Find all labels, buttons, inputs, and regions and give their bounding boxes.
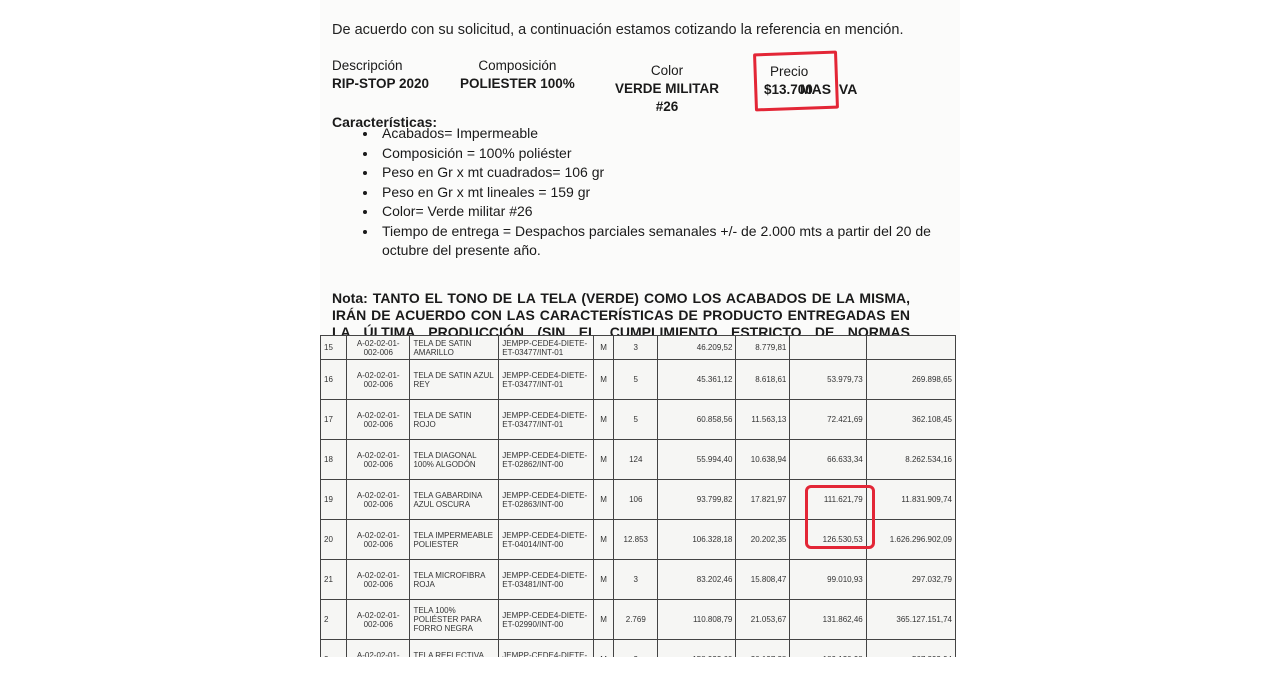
cell-c1: 83.202,46 [658, 560, 736, 600]
cell-qty: 2.769 [614, 600, 658, 640]
cell-c2: 30.197,38 [736, 640, 790, 658]
cell-desc: TELA DE SATIN AMARILLO [410, 336, 499, 360]
cell-ref: JEMPP-CEDE4-DIETE-ET-02863/INT-00 [499, 480, 594, 520]
cell-c1: 93.799,82 [658, 480, 736, 520]
cell-c2: 17.821,97 [736, 480, 790, 520]
cell-c4: 8.262.534,16 [866, 440, 955, 480]
list-item: Color= Verde militar #26 [378, 202, 938, 222]
cell-code: A-02-02-01-002-006 [347, 560, 410, 600]
cell-code: A-02-02-01-002-006 [347, 440, 410, 480]
cell-c1: 110.808,79 [658, 600, 736, 640]
value: VERDE MILITAR #26 [602, 80, 732, 116]
cell-unit: M [593, 440, 613, 480]
cell-ref: JEMPP-CEDE4-DIETE-ET-03481/INT-00 [499, 560, 594, 600]
cell-n: 21 [321, 560, 347, 600]
header-color: Color VERDE MILITAR #26 [602, 62, 732, 116]
cell-ref: JEMPP-CEDE4-DIETE-ET-02862/INT-00 [499, 440, 594, 480]
cell-qty: 5 [614, 400, 658, 440]
cell-ref: JEMPP-CEDE4-DIETE-ET-03477/INT-01 [499, 336, 594, 360]
cell-c3: 72.421,69 [790, 400, 866, 440]
cell-desc: TELA 100% POLIÉSTER PARA FORRO NEGRA [410, 600, 499, 640]
table-row: 15A-02-02-01-002-006TELA DE SATIN AMARIL… [321, 336, 956, 360]
cell-unit: M [593, 480, 613, 520]
cell-c1: 158.933,60 [658, 640, 736, 658]
cell-c2: 8.618,61 [736, 360, 790, 400]
cell-code: A-02-02-01-002-006 [347, 640, 410, 658]
cell-ref: JEMPP-CEDE4-DIETE-ET-02990/INT-00 [499, 600, 594, 640]
quotation-letter: De acuerdo con su solicitud, a continuac… [320, 0, 960, 340]
cell-unit: M [593, 360, 613, 400]
cell-code: A-02-02-01-002-006 [347, 600, 410, 640]
header-description: Descripción RIP-STOP 2020 [332, 57, 429, 93]
cell-c2: 21.053,67 [736, 600, 790, 640]
cell-c1: 55.994,40 [658, 440, 736, 480]
cell-c1: 45.361,12 [658, 360, 736, 400]
list-item: Peso en Gr x mt lineales = 159 gr [378, 183, 938, 203]
cell-code: A-02-02-01-002-006 [347, 520, 410, 560]
cell-c2: 15.808,47 [736, 560, 790, 600]
cell-n: 3 [321, 640, 347, 658]
cell-c3: 189.130,98 [790, 640, 866, 658]
table-row: 17A-02-02-01-002-006TELA DE SATIN ROJOJE… [321, 400, 956, 440]
cell-desc: TELA MICROFIBRA ROJA [410, 560, 499, 600]
cell-unit: M [593, 336, 613, 360]
list-item: Tiempo de entrega = Despachos parciales … [378, 222, 938, 261]
value: POLIESTER 100% [460, 75, 575, 93]
cell-desc: TELA DE SATIN AZUL REY [410, 360, 499, 400]
cell-c1: 106.328,18 [658, 520, 736, 560]
cell-c4: 567.392,94 [866, 640, 955, 658]
cell-unit: M [593, 520, 613, 560]
cell-c3: 53.979,73 [790, 360, 866, 400]
list-item: Composición = 100% poliéster [378, 144, 938, 164]
cell-unit: M [593, 400, 613, 440]
label: Descripción [332, 57, 429, 75]
cell-unit: M [593, 640, 613, 658]
cell-c3: 66.633,34 [790, 440, 866, 480]
cell-unit: M [593, 560, 613, 600]
cell-c4: 11.831.909,74 [866, 480, 955, 520]
cell-unit: M [593, 600, 613, 640]
value: RIP-STOP 2020 [332, 75, 429, 93]
unit-price-highlight-box [805, 485, 875, 549]
cell-c4 [866, 336, 955, 360]
cell-desc: TELA REFLECTIVA DORADA [410, 640, 499, 658]
cell-code: A-02-02-01-002-006 [347, 336, 410, 360]
cell-desc: TELA IMPERMEABLE POLIESTER [410, 520, 499, 560]
label: Composición [460, 57, 575, 75]
label: Color [602, 62, 732, 80]
cell-c2: 8.779,81 [736, 336, 790, 360]
table-row: 2A-02-02-01-002-006TELA 100% POLIÉSTER P… [321, 600, 956, 640]
intro-text: De acuerdo con su solicitud, a continuac… [332, 22, 903, 38]
cell-code: A-02-02-01-002-006 [347, 480, 410, 520]
cell-n: 16 [321, 360, 347, 400]
cell-qty: 3 [614, 640, 658, 658]
cell-qty: 106 [614, 480, 658, 520]
cell-c1: 60.858,56 [658, 400, 736, 440]
cell-c2: 10.638,94 [736, 440, 790, 480]
cell-qty: 3 [614, 560, 658, 600]
cell-c3: 131.862,46 [790, 600, 866, 640]
table-row: 3A-02-02-01-002-006TELA REFLECTIVA DORAD… [321, 640, 956, 658]
list-item: Acabados= Impermeable [378, 124, 938, 144]
cell-qty: 124 [614, 440, 658, 480]
cell-ref: JEMPP-CEDE4-DIETE-ET-04014/INT-00 [499, 520, 594, 560]
characteristics-list: Acabados= Impermeable Composición = 100%… [358, 124, 938, 261]
cell-c2: 11.563,13 [736, 400, 790, 440]
cell-c4: 362.108,45 [866, 400, 955, 440]
cell-n: 18 [321, 440, 347, 480]
cell-c3: 99.010,93 [790, 560, 866, 600]
cell-qty: 5 [614, 360, 658, 400]
cell-n: 15 [321, 336, 347, 360]
cell-qty: 12.853 [614, 520, 658, 560]
price-highlight-box [753, 51, 839, 112]
cell-c3 [790, 336, 866, 360]
cell-code: A-02-02-01-002-006 [347, 360, 410, 400]
cell-ref: JEMPP-CEDE4-DIETE-ET-03477/INT-01 [499, 360, 594, 400]
cell-desc: TELA DE SATIN ROJO [410, 400, 499, 440]
cell-desc: TELA GABARDINA AZUL OSCURA [410, 480, 499, 520]
cell-c4: 1.626.296.902,09 [866, 520, 955, 560]
cell-desc: TELA DIAGONAL 100% ALGODÓN [410, 440, 499, 480]
cell-c4: 297.032,79 [866, 560, 955, 600]
cell-c2: 20.202,35 [736, 520, 790, 560]
cell-ref: JEMPP-CEDE4-DIETE-ET-03483/INT-00 [499, 640, 594, 658]
list-item: Peso en Gr x mt cuadrados= 106 gr [378, 163, 938, 183]
cell-n: 17 [321, 400, 347, 440]
table-row: 16A-02-02-01-002-006TELA DE SATIN AZUL R… [321, 360, 956, 400]
table-row: 21A-02-02-01-002-006TELA MICROFIBRA ROJA… [321, 560, 956, 600]
cell-n: 2 [321, 600, 347, 640]
cell-qty: 3 [614, 336, 658, 360]
cell-code: A-02-02-01-002-006 [347, 400, 410, 440]
cell-c4: 365.127.151,74 [866, 600, 955, 640]
cell-c4: 269.898,65 [866, 360, 955, 400]
cell-n: 19 [321, 480, 347, 520]
cell-n: 20 [321, 520, 347, 560]
header-composition: Composición POLIESTER 100% [460, 57, 575, 93]
cell-ref: JEMPP-CEDE4-DIETE-ET-03477/INT-01 [499, 400, 594, 440]
table-row: 18A-02-02-01-002-006TELA DIAGONAL 100% A… [321, 440, 956, 480]
cell-c1: 46.209,52 [658, 336, 736, 360]
